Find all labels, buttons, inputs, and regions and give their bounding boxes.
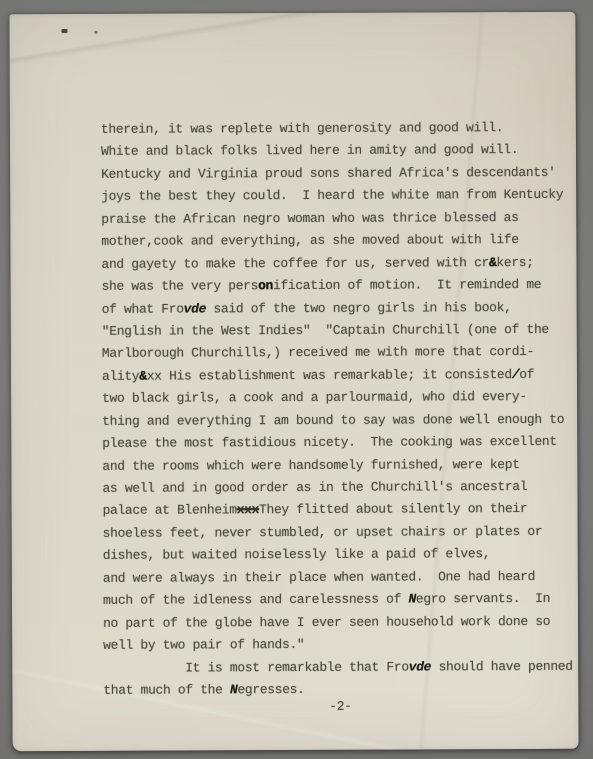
text-line: much of the idleness and carelessness of… — [103, 588, 577, 613]
text-line: "English in the West Indies" "Captain Ch… — [102, 319, 576, 344]
text-line: joys the best they could. I heard the wh… — [101, 184, 575, 209]
text-line: and the rooms which were handsomely furn… — [102, 453, 576, 478]
text-lines: therein, it was replete with generosity … — [101, 117, 578, 702]
text-line: mother,cook and everything, as she moved… — [101, 229, 575, 254]
text-line: she was the very personification of moti… — [102, 274, 576, 299]
text-line: praise the African negro woman who was t… — [101, 207, 575, 232]
text-line: of what Frovde said of the two negro gir… — [102, 296, 576, 321]
ink-mark — [94, 31, 97, 34]
text-line: and were always in their place when want… — [103, 566, 577, 591]
text-line: as well and in good order as in the Chur… — [102, 476, 576, 501]
text-line: ality&xx His establishment was remarkabl… — [102, 364, 576, 389]
text-line: two black girls, a cook and a parlourmai… — [102, 386, 576, 411]
text-line: well by two pair of hands." — [103, 633, 577, 658]
text-line: Kentucky and Virginia proud sons shared … — [101, 162, 575, 187]
text-line: therein, it was replete with generosity … — [101, 117, 575, 142]
text-line: and gayety to make the coffee for us, se… — [101, 251, 575, 276]
text-line: White and black folks lived here in amit… — [101, 139, 575, 164]
text-line: no part of the globe have I ever seen ho… — [103, 610, 577, 635]
photo-background: therein, it was replete with generosity … — [0, 0, 593, 759]
manuscript-page: therein, it was replete with generosity … — [9, 12, 578, 751]
text-line: shoeless feet, never stumbled, or upset … — [103, 521, 577, 546]
text-line: It is most remarkable that Frovde should… — [103, 655, 577, 680]
typewritten-text: therein, it was replete with generosity … — [101, 117, 578, 720]
text-line: dishes, but waited noiselessly like a pa… — [103, 543, 577, 568]
text-line: thing and everything I am bound to say w… — [102, 408, 576, 433]
text-line: please the most fastidious nicety. The c… — [102, 431, 576, 456]
ink-mark — [61, 29, 67, 33]
text-line: palace at BlenheimxxxThey flitted about … — [103, 498, 577, 523]
text-line: Marlborough Churchills,) received me wit… — [102, 341, 576, 366]
